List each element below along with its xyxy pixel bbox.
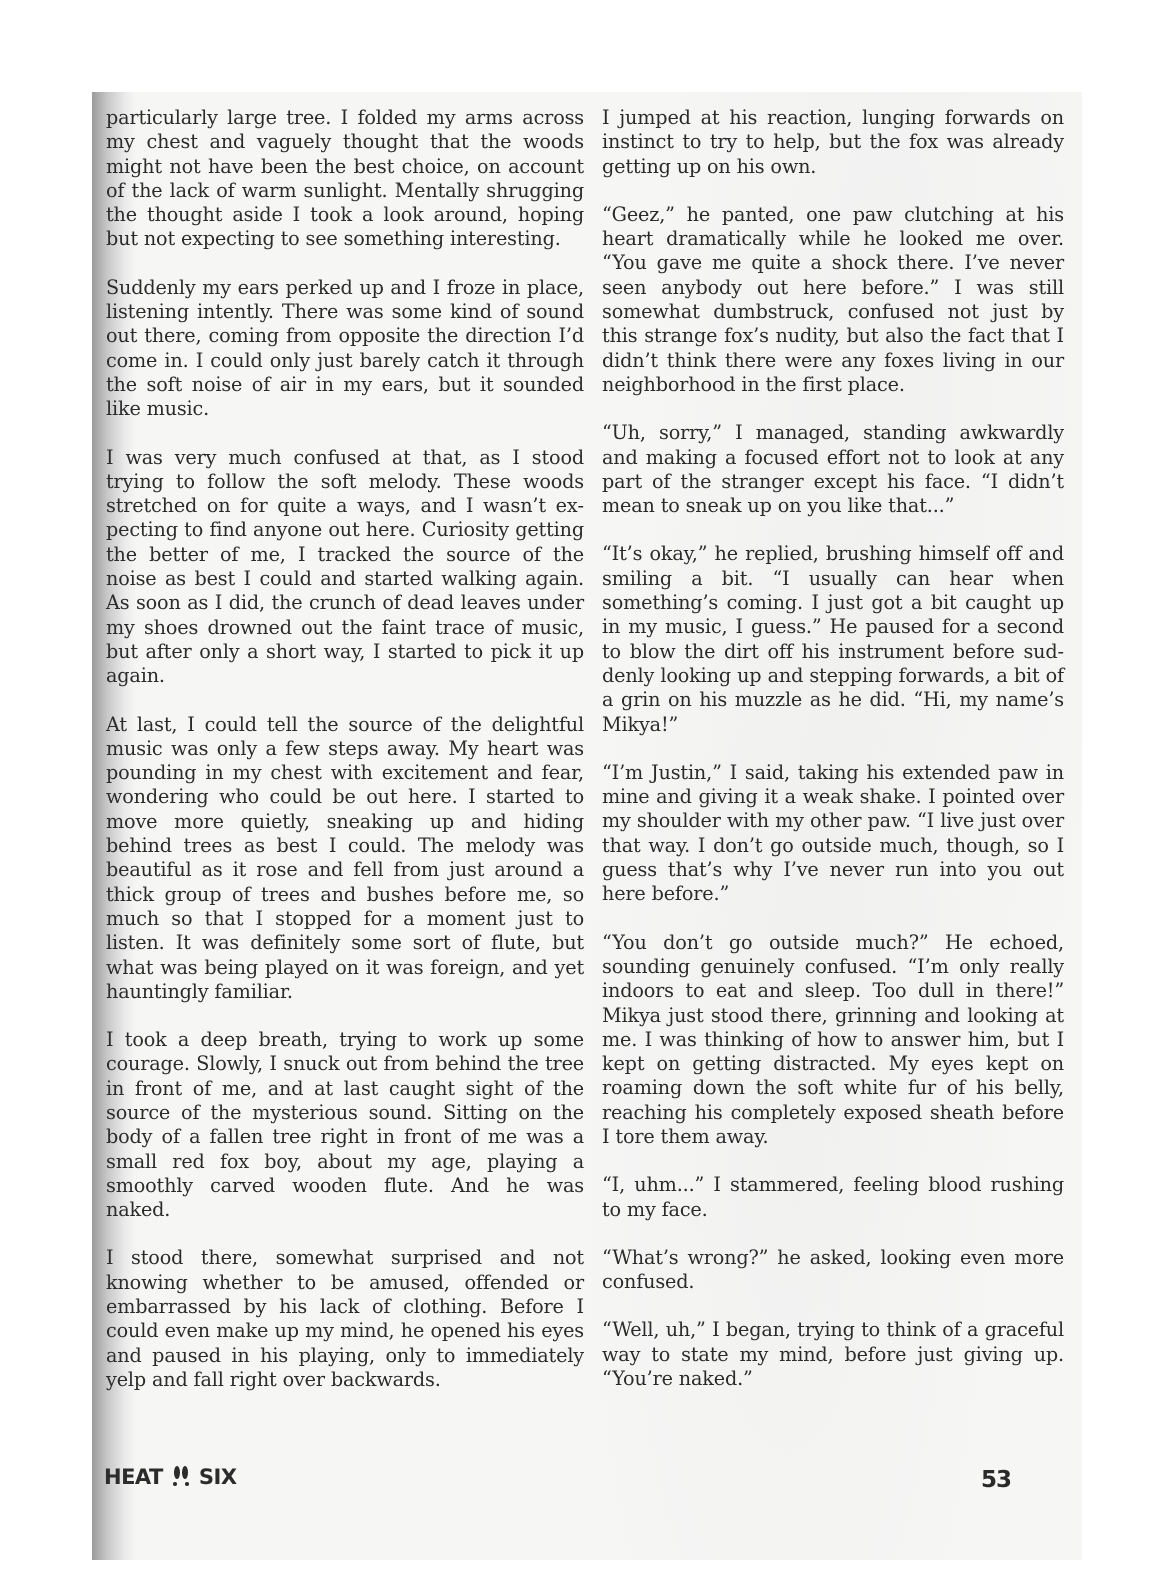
right-text-column: I jumped at his reaction, lunging forwar… — [602, 106, 1064, 1415]
paragraph: At last, I could tell the source of the … — [106, 713, 584, 1005]
magazine-logo: HEAT SIX — [104, 1465, 237, 1489]
paragraph: I was very much confused at that, as I s… — [106, 446, 584, 689]
paragraph: particularly large tree. I folded my arm… — [106, 106, 584, 252]
paragraph: I stood there, somewhat surprised and no… — [106, 1246, 584, 1392]
paragraph: I took a deep breath, trying to work up … — [106, 1028, 584, 1222]
paragraph: “I’m Justin,” I said, taking his extende… — [602, 761, 1064, 907]
paw-print-icon — [171, 1465, 191, 1489]
paragraph: “What’s wrong?” he asked, looking even m… — [602, 1246, 1064, 1295]
paragraph: “It’s okay,” he replied, brushing himsel… — [602, 542, 1064, 736]
paragraph: “Well, uh,” I began, trying to think of … — [602, 1318, 1064, 1391]
magazine-page: particularly large tree. I folded my arm… — [92, 92, 1082, 1560]
magazine-name-right: SIX — [199, 1465, 237, 1489]
paragraph: Suddenly my ears perked up and I froze i… — [106, 276, 584, 422]
page-number: 53 — [981, 1467, 1011, 1493]
paragraph: “You don’t go outside much?” He echoed, … — [602, 931, 1064, 1150]
paragraph: I jumped at his reaction, lunging forwar… — [602, 106, 1064, 179]
paragraph: “Uh, sorry,” I managed, standing awkward… — [602, 421, 1064, 518]
paragraph: “I, uhm...” I stammered, feeling blood r… — [602, 1173, 1064, 1222]
magazine-name-left: HEAT — [104, 1465, 163, 1489]
left-text-column: particularly large tree. I folded my arm… — [106, 106, 584, 1416]
paragraph: “Geez,” he panted, one paw clutching at … — [602, 203, 1064, 397]
